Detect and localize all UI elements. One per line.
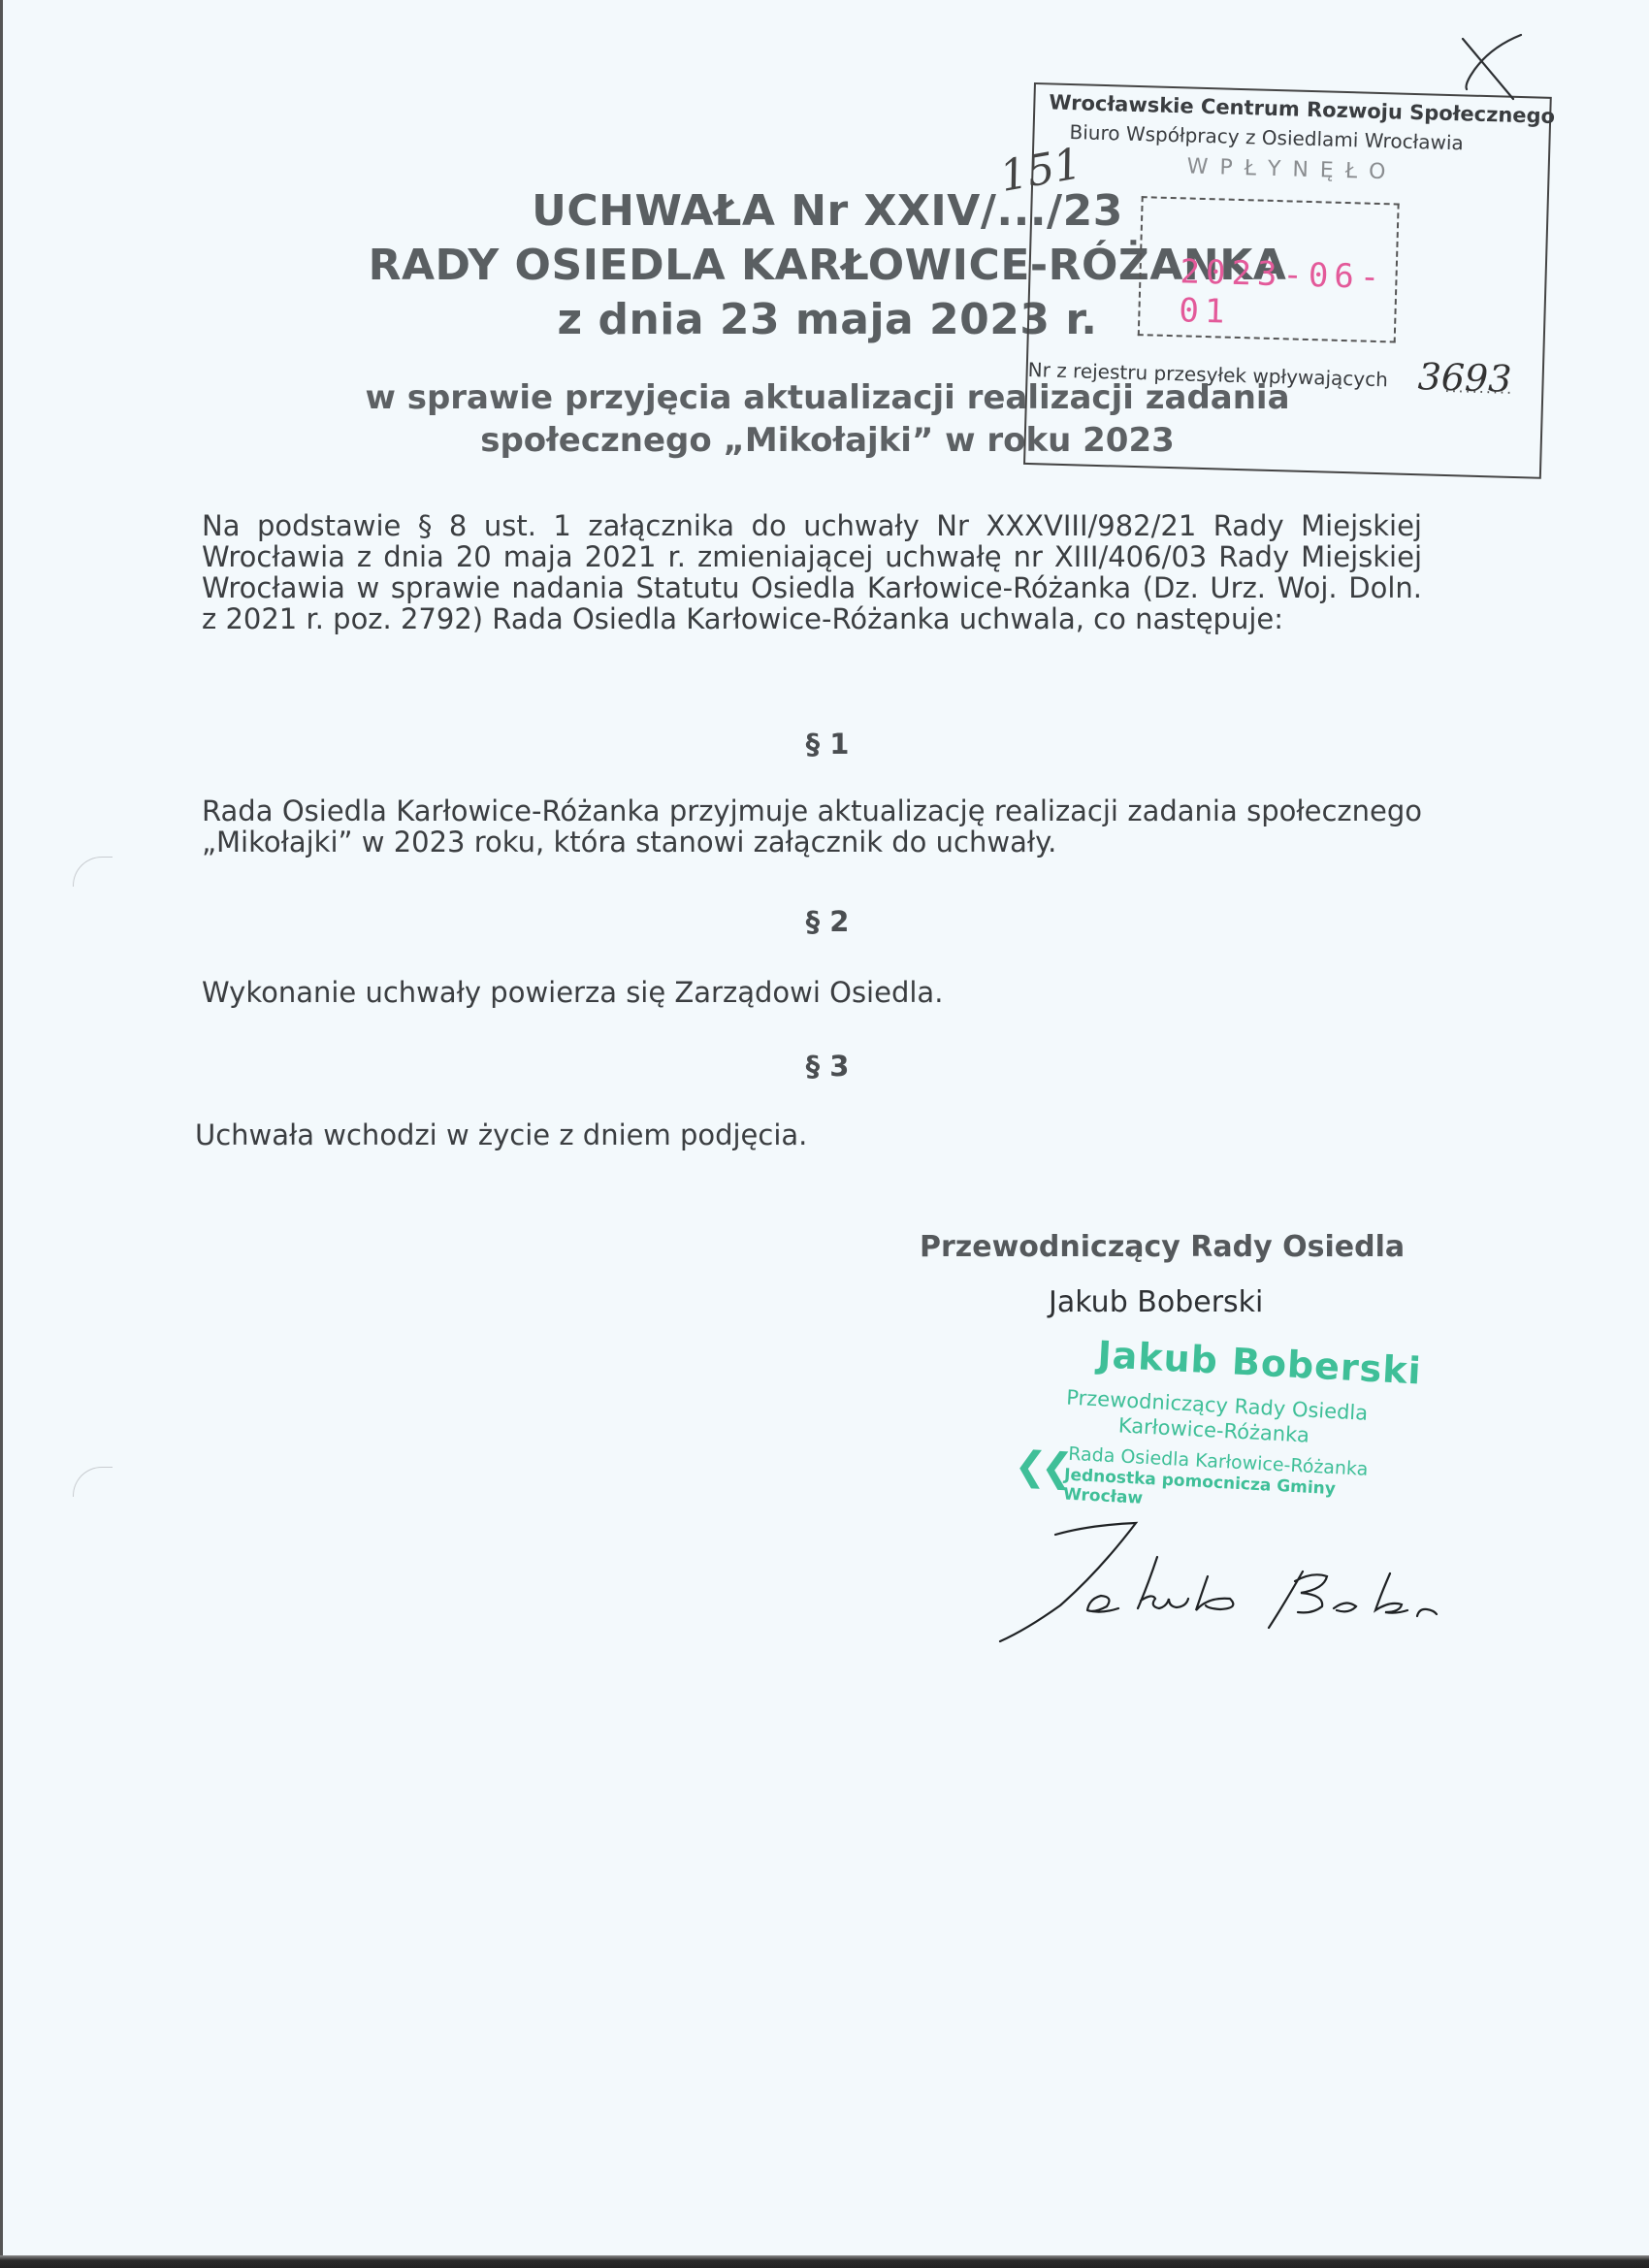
handwritten-signature xyxy=(983,1513,1448,1649)
signature-name: Jakub Boberski xyxy=(1049,1285,1263,1319)
reg-stamp-date-box: 2023-06-01 xyxy=(1138,196,1400,342)
preamble: Na podstawie § 8 ust. 1 załącznika do uc… xyxy=(202,510,1422,634)
signature-title: Przewodniczący Rady Osiedla xyxy=(920,1230,1405,1264)
reg-stamp-office: Biuro Współpracy z Osiedlami Wrocławia xyxy=(1069,120,1464,154)
paragraph-3-sign: § 3 xyxy=(3,1050,1649,1083)
scanned-page: UCHWAŁA Nr XXIV/.../23 RADY OSIEDLA KARŁ… xyxy=(0,0,1649,2255)
reg-stamp-date: 2023-06-01 xyxy=(1179,252,1396,336)
punch-hole-mark xyxy=(73,857,113,887)
chairman-stamp: Jakub Boberski Przewodniczący Rady Osied… xyxy=(1012,1329,1429,1544)
paragraph-2-text: Wykonanie uchwały powierza się Zarządowi… xyxy=(202,977,1422,1008)
cross-mark-icon xyxy=(1453,29,1531,107)
punch-hole-mark xyxy=(73,1467,113,1497)
reg-stamp-dots: .......... xyxy=(1444,377,1513,398)
stamp-name: Jakub Boberski xyxy=(1097,1333,1423,1392)
council-logo-icon: ❮❮ xyxy=(1013,1443,1068,1491)
paragraph-2-sign: § 2 xyxy=(3,905,1649,938)
paragraph-3-text: Uchwała wchodzi w życie z dniem podjęcia… xyxy=(195,1119,1415,1150)
reg-stamp-received: WPŁYNĘŁO xyxy=(1186,154,1397,184)
paragraph-1-sign: § 1 xyxy=(3,728,1649,761)
reg-stamp-register-label: Nr z rejestru przesyłek wpływających xyxy=(1027,358,1388,391)
registration-stamp: Wrocławskie Centrum Rozwoju Społecznego … xyxy=(1023,82,1552,479)
paragraph-1-text: Rada Osiedla Karłowice-Różanka przyjmuje… xyxy=(202,795,1422,858)
scanner-edge xyxy=(0,2255,1649,2268)
